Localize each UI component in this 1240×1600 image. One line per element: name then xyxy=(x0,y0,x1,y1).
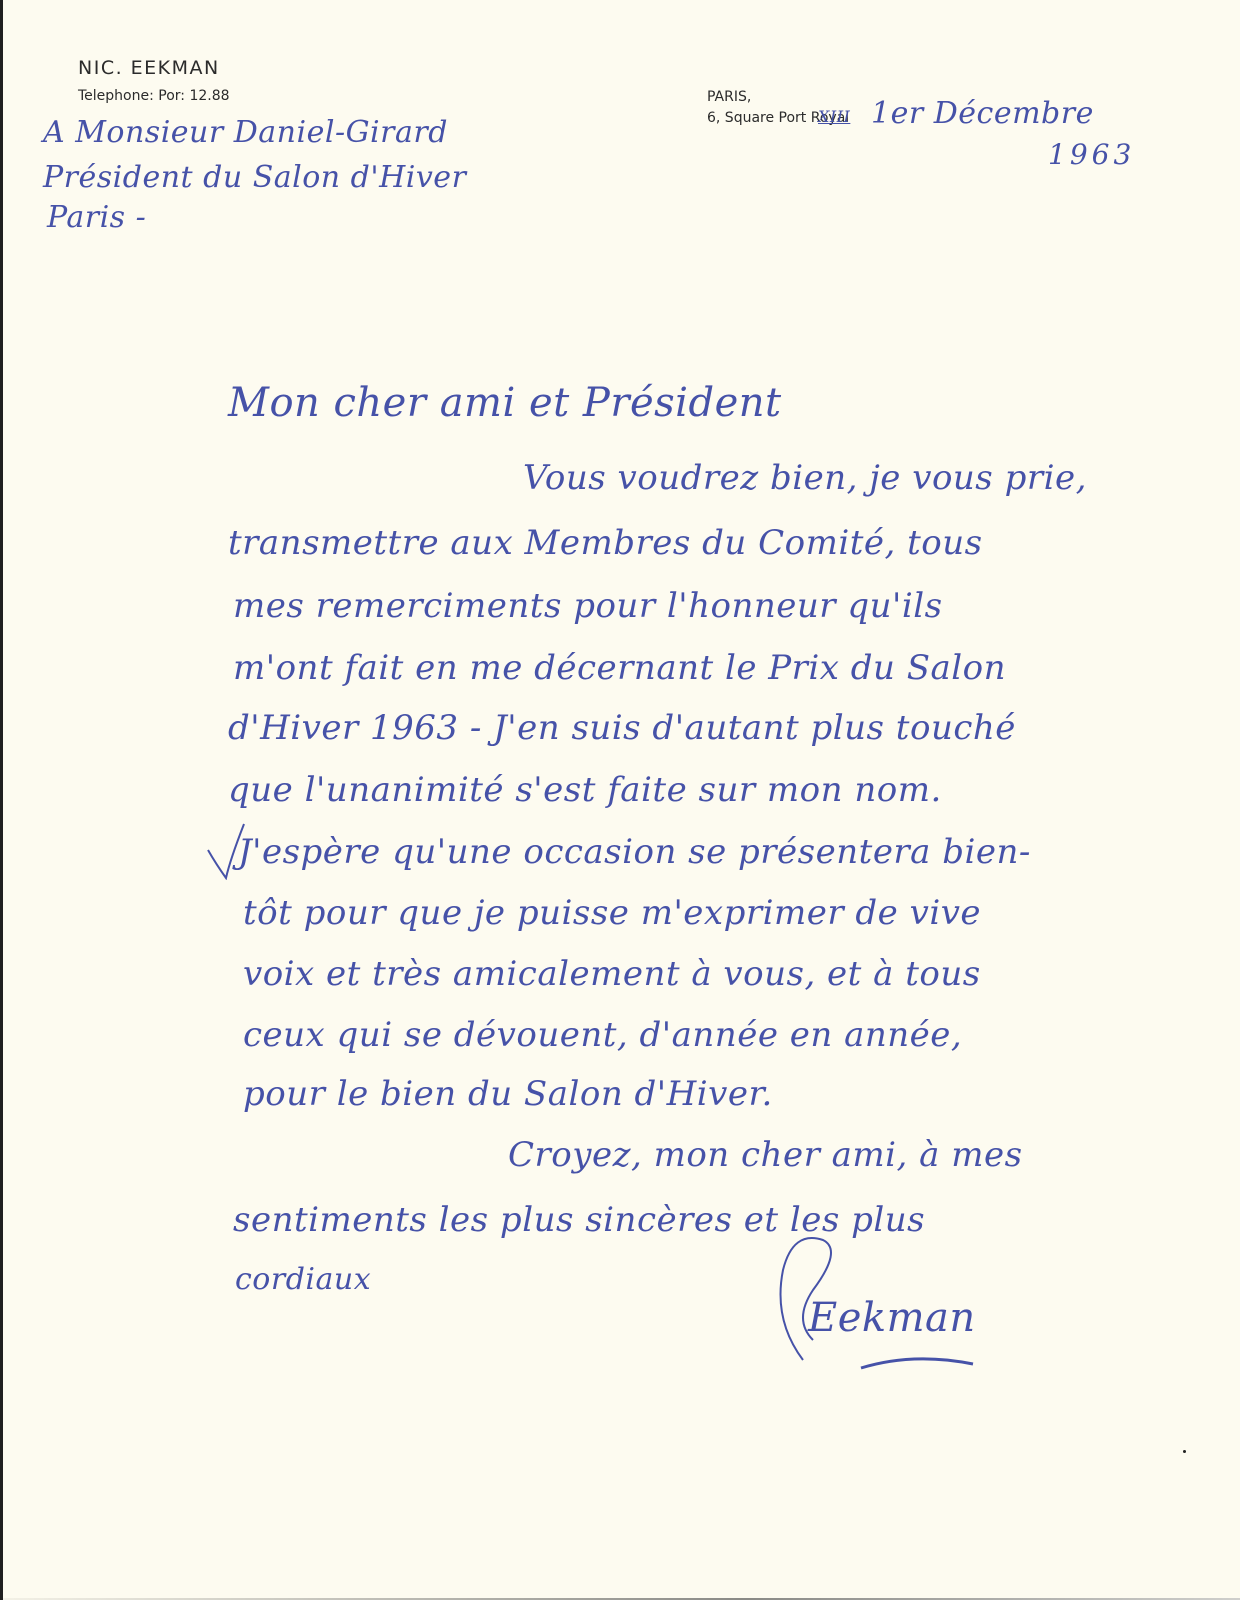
body-line: m'ont fait en me décernant le Prix du Sa… xyxy=(233,648,1006,688)
recipient-line: Président du Salon d'Hiver xyxy=(43,160,466,195)
arrondissement: XIII xyxy=(818,107,850,126)
body-line: J'espère qu'une occasion se présentera b… xyxy=(238,832,1031,872)
body-line: transmettre aux Membres du Comité, tous xyxy=(228,523,983,563)
recipient-line: A Monsieur Daniel-Girard xyxy=(43,115,448,150)
body-line: voix et très amicalement à vous, et à to… xyxy=(243,954,981,994)
date-year: 1963 xyxy=(1048,138,1135,171)
closing-line: cordiaux xyxy=(235,1262,371,1297)
letterhead-name: NIC. EEKMAN xyxy=(78,57,220,79)
body-line: que l'unanimité s'est faite sur mon nom. xyxy=(228,770,942,810)
letterhead-phone: Telephone: Por: 12.88 xyxy=(78,88,230,104)
closing-line: Croyez, mon cher ami, à mes xyxy=(508,1135,1023,1175)
body-line: mes remerciments pour l'honneur qu'ils xyxy=(233,586,943,626)
signature: Eekman xyxy=(808,1295,976,1341)
body-line: ceux qui se dévouent, d'année en année, xyxy=(243,1015,962,1055)
date-day-month: 1er Décembre xyxy=(871,96,1094,131)
body-line: d'Hiver 1963 - J'en suis d'autant plus t… xyxy=(228,708,1016,748)
salutation: Mon cher ami et Président xyxy=(228,380,782,426)
letterhead-city: PARIS, xyxy=(707,89,751,105)
margin-check-icon xyxy=(206,820,246,880)
body-line: tôt pour que je puisse m'exprimer de viv… xyxy=(243,893,981,933)
recipient-line: Paris - xyxy=(47,200,146,235)
paper-speck xyxy=(1183,1450,1186,1453)
body-line: Vous voudrez bien, je vous prie, xyxy=(523,458,1087,498)
body-line: pour le bien du Salon d'Hiver. xyxy=(243,1074,773,1114)
letter-page: NIC. EEKMAN Telephone: Por: 12.88 PARIS,… xyxy=(0,0,1240,1600)
